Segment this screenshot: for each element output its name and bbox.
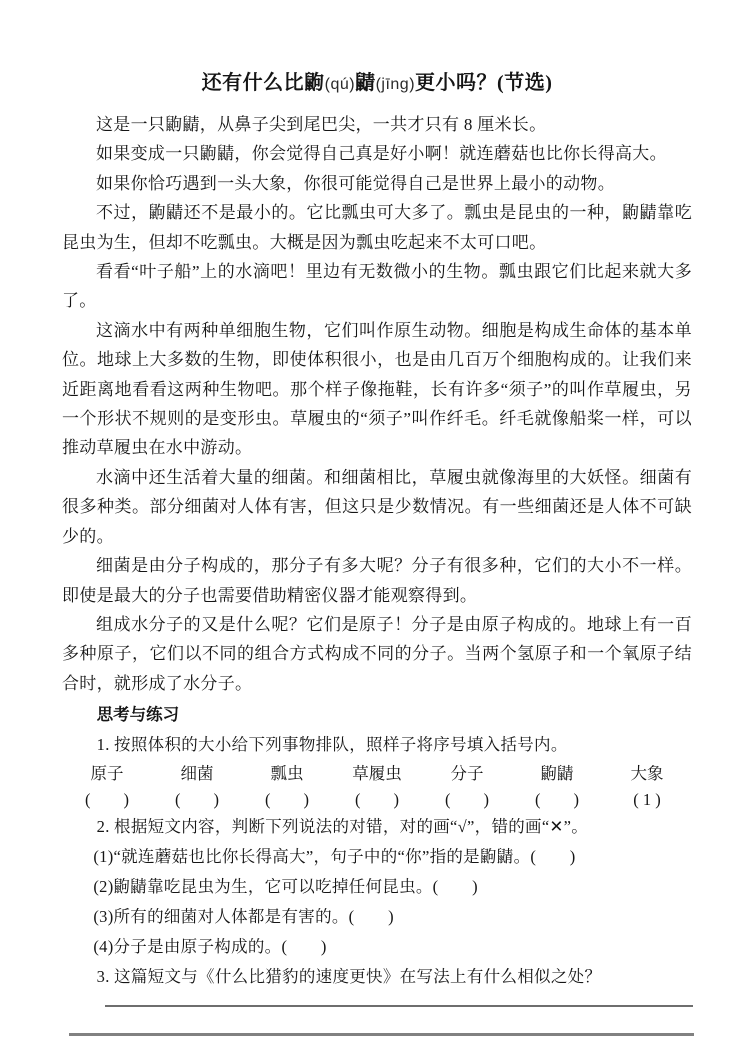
reading-passage: 这是一只鼩鼱，从鼻子尖到尾巴尖，一共才只有 8 厘米长。 如果变成一只鼩鼱，你会… bbox=[62, 110, 692, 698]
answer-line bbox=[105, 1005, 693, 1007]
answer-bracket: ( ) bbox=[332, 787, 422, 812]
question-2-item-2: (2)鼩鼱靠吃昆虫为生，它可以吃掉任何昆虫。( ) bbox=[62, 872, 692, 902]
title-pinyin-qu: (qú) bbox=[325, 76, 355, 93]
question-2-item-4: (4)分子是由原子构成的。( ) bbox=[62, 932, 692, 962]
item-label: 大象 bbox=[602, 761, 692, 787]
title-text-3: 更小吗？(节选) bbox=[415, 72, 552, 94]
question-1: 1. 按照体积的大小给下列事物排队，照样子将序号填入括号内。 bbox=[62, 730, 692, 760]
title-pinyin-jing: (jīng) bbox=[376, 76, 415, 93]
paragraph-8: 细菌是由分子构成的，那分子有多大呢？分子有很多种，它们的大小不一样。即使是最大的… bbox=[62, 551, 692, 610]
exercises-heading: 思考与练习 bbox=[62, 700, 692, 730]
ordering-items-row: 原子 ( ) 细菌 ( ) 瓢虫 ( ) 草履虫 ( ) 分子 ( ) 鼩鼱 (… bbox=[62, 761, 692, 812]
paragraph-4: 不过，鼩鼱还不是最小的。它比瓢虫可大多了。瓢虫是昆虫的一种，鼩鼱靠吃昆虫为生，但… bbox=[62, 198, 692, 257]
question-2-item-3: (3)所有的细菌对人体都是有害的。( ) bbox=[62, 902, 692, 932]
item-label: 草履虫 bbox=[332, 761, 422, 787]
answer-bracket: ( ) bbox=[422, 787, 512, 812]
item-label: 鼩鼱 bbox=[512, 761, 602, 787]
item-label: 原子 bbox=[62, 761, 152, 787]
page-title: 还有什么比鼩(qú)鼱(jīng)更小吗？(节选) bbox=[62, 70, 692, 98]
ordering-item-molecule: 分子 ( ) bbox=[422, 761, 512, 812]
item-label: 瓢虫 bbox=[242, 761, 332, 787]
page-divider bbox=[69, 1033, 694, 1036]
item-label: 细菌 bbox=[152, 761, 242, 787]
paragraph-7: 水滴中还生活着大量的细菌。和细菌相比，草履虫就像海里的大妖怪。细菌有很多种类。部… bbox=[62, 463, 692, 551]
item-label: 分子 bbox=[422, 761, 512, 787]
answer-bracket: ( 1 ) bbox=[602, 787, 692, 812]
ordering-item-shrew: 鼩鼱 ( ) bbox=[512, 761, 602, 812]
question-3: 3. 这篇短文与《什么比猎豹的速度更快》在写法上有什么相似之处？ bbox=[62, 962, 692, 992]
answer-bracket: ( ) bbox=[512, 787, 602, 812]
question-2: 2. 根据短文内容，判断下列说法的对错，对的画“√”，错的画“✕”。 bbox=[62, 812, 692, 842]
ordering-item-paramecium: 草履虫 ( ) bbox=[332, 761, 422, 812]
answer-bracket: ( ) bbox=[152, 787, 242, 812]
paragraph-9: 组成水分子的又是什么呢？它们是原子！分子是由原子构成的。地球上有一百多种原子，它… bbox=[62, 610, 692, 698]
ordering-item-ladybug: 瓢虫 ( ) bbox=[242, 761, 332, 812]
ordering-item-elephant: 大象 ( 1 ) bbox=[602, 761, 692, 812]
answer-bracket: ( ) bbox=[62, 787, 152, 812]
paragraph-5: 看看“叶子船”上的水滴吧！里边有无数微小的生物。瓢虫跟它们比起来就大多了。 bbox=[62, 257, 692, 316]
answer-bracket: ( ) bbox=[242, 787, 332, 812]
worksheet-page: 还有什么比鼩(qú)鼱(jīng)更小吗？(节选) 这是一只鼩鼱，从鼻子尖到尾巴… bbox=[0, 0, 752, 1047]
title-text-1: 还有什么比鼩 bbox=[202, 72, 325, 94]
title-text-2: 鼱 bbox=[355, 72, 376, 94]
ordering-item-bacteria: 细菌 ( ) bbox=[152, 761, 242, 812]
paragraph-1: 这是一只鼩鼱，从鼻子尖到尾巴尖，一共才只有 8 厘米长。 bbox=[62, 110, 692, 139]
paragraph-3: 如果你恰巧遇到一头大象，你很可能觉得自己是世界上最小的动物。 bbox=[62, 169, 692, 198]
paragraph-6: 这滴水中有两种单细胞生物，它们叫作原生动物。细胞是构成生命体的基本单位。地球上大… bbox=[62, 316, 692, 463]
question-2-item-1: (1)“就连蘑菇也比你长得高大”，句子中的“你”指的是鼩鼱。( ) bbox=[62, 842, 692, 872]
paragraph-2: 如果变成一只鼩鼱，你会觉得自己真是好小啊！就连蘑菇也比你长得高大。 bbox=[62, 139, 692, 168]
ordering-item-atom: 原子 ( ) bbox=[62, 761, 152, 812]
